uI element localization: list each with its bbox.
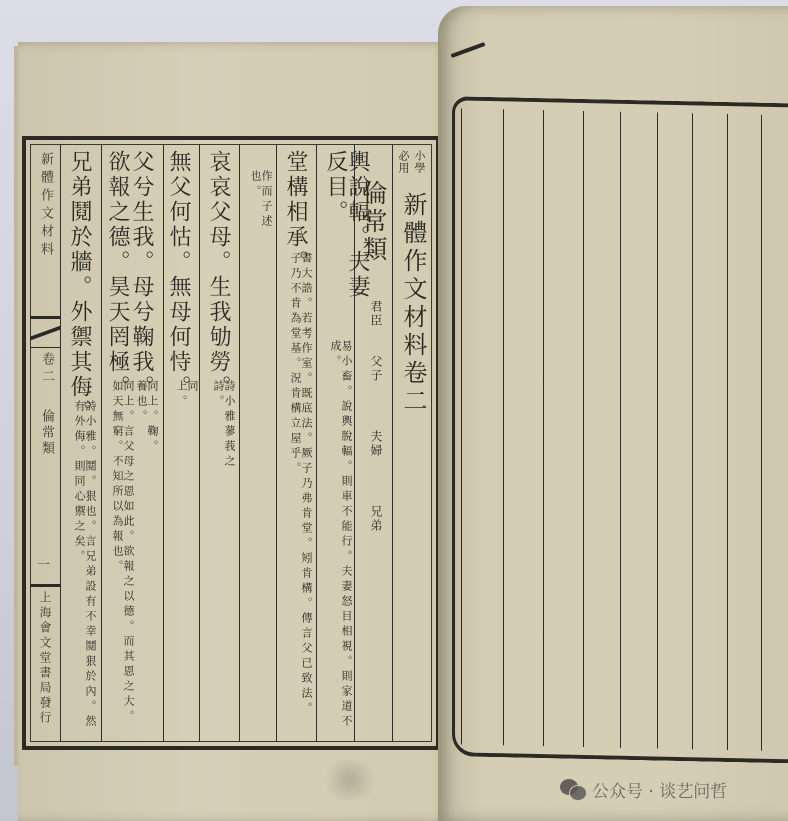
prefix-top: 小學 xyxy=(413,150,426,174)
fishtail-mark xyxy=(30,316,60,348)
column-rule xyxy=(692,113,693,749)
banxin-fold-strip: 新體作文材料 卷二 倫常類 一 上海會文堂書局發行 xyxy=(30,144,61,742)
right-page-frame xyxy=(452,96,788,764)
column-rule xyxy=(620,112,621,748)
text-column-2-note: 書大誥。若考作室。既底法。厥子乃弗肯堂。矧肯構。傳言父已致法。子乃不肯為堂基。況… xyxy=(284,252,312,722)
banxin-publisher-box: 上海會文堂書局發行 xyxy=(30,584,60,742)
banxin-volume: 卷二 xyxy=(37,352,56,386)
column-rule xyxy=(761,115,762,751)
watermark: 公众号 · 谈艺问哲 xyxy=(560,777,727,802)
subcategory-2: 父子 xyxy=(370,355,382,383)
column-rule xyxy=(163,144,164,742)
left-page-frame: 新體作文材料 卷二 倫常類 一 上海會文堂書局發行 小學 必用 新體作文材料卷二… xyxy=(22,136,440,750)
text-column-1-note: 易小畜。說輿脫輻。則車不能行。夫妻怒目相視。則家道不成。 xyxy=(324,340,352,740)
book-title: 新體作文材料卷二 xyxy=(401,192,425,416)
watermark-text: 公众号 · 谈艺问哲 xyxy=(592,777,727,802)
column-rule xyxy=(727,114,728,750)
column-rule xyxy=(199,144,200,742)
column-rule xyxy=(392,144,393,742)
column-rule xyxy=(239,144,240,742)
text-column-4-main: 哀哀父母。生我劬勞。 xyxy=(207,150,229,400)
header-prefix-2: 必用 xyxy=(398,150,409,174)
column-rule xyxy=(276,144,277,742)
text-column-7-note: 同上。言父母之恩如此。欲報之以德。而其恩之大。如天無窮。不知所以為報也。 xyxy=(106,380,134,730)
banxin-category: 倫常類 xyxy=(37,409,56,457)
text-column-6-main: 父兮生我。母兮鞠我。 xyxy=(130,150,152,400)
header-prefix: 小學 xyxy=(414,150,425,190)
book-photo: 新體作文材料 卷二 倫常類 一 上海會文堂書局發行 小學 必用 新體作文材料卷二… xyxy=(0,0,788,821)
text-column-8-main: 兄弟鬩於牆。外禦其侮。 xyxy=(68,150,90,425)
prefix-bottom: 必用 xyxy=(397,150,410,174)
column-rule xyxy=(657,113,658,749)
column-rule xyxy=(583,111,584,747)
paper-stain xyxy=(320,760,380,800)
column-rule xyxy=(101,144,102,742)
text-column-3-note: 作而子述也。 xyxy=(246,170,272,230)
text-column-1-main: 輿說輻。夫妻反目。 xyxy=(324,150,368,320)
subcategory-1: 君臣 xyxy=(370,300,382,328)
column-rule xyxy=(316,144,317,742)
text-column-7-main: 欲報之德。昊天罔極。 xyxy=(106,150,128,400)
banxin-page-number: 一 xyxy=(37,554,50,573)
banxin-title: 新體作文材料 xyxy=(36,152,55,260)
publisher-name: 上海會文堂書局發行 xyxy=(37,591,54,726)
text-column-4-note: 詩小雅蓼莪之詩。 xyxy=(207,380,235,480)
column-rule xyxy=(543,110,544,746)
subcategory-4: 兄弟 xyxy=(370,505,382,533)
column-rule xyxy=(461,108,462,744)
column-rule xyxy=(503,109,504,745)
text-column-8-note: 詩小雅。鬩。狠也。言兄弟設有不幸鬩狠於內。然有外侮。則同心禦之矣。 xyxy=(68,400,96,730)
wechat-icon xyxy=(560,779,586,801)
text-column-5-main: 無父何怙。無母何恃。 xyxy=(167,150,189,400)
text-column-5-note: 同上。 xyxy=(176,380,198,420)
subcategory-3: 夫婦 xyxy=(370,430,382,458)
